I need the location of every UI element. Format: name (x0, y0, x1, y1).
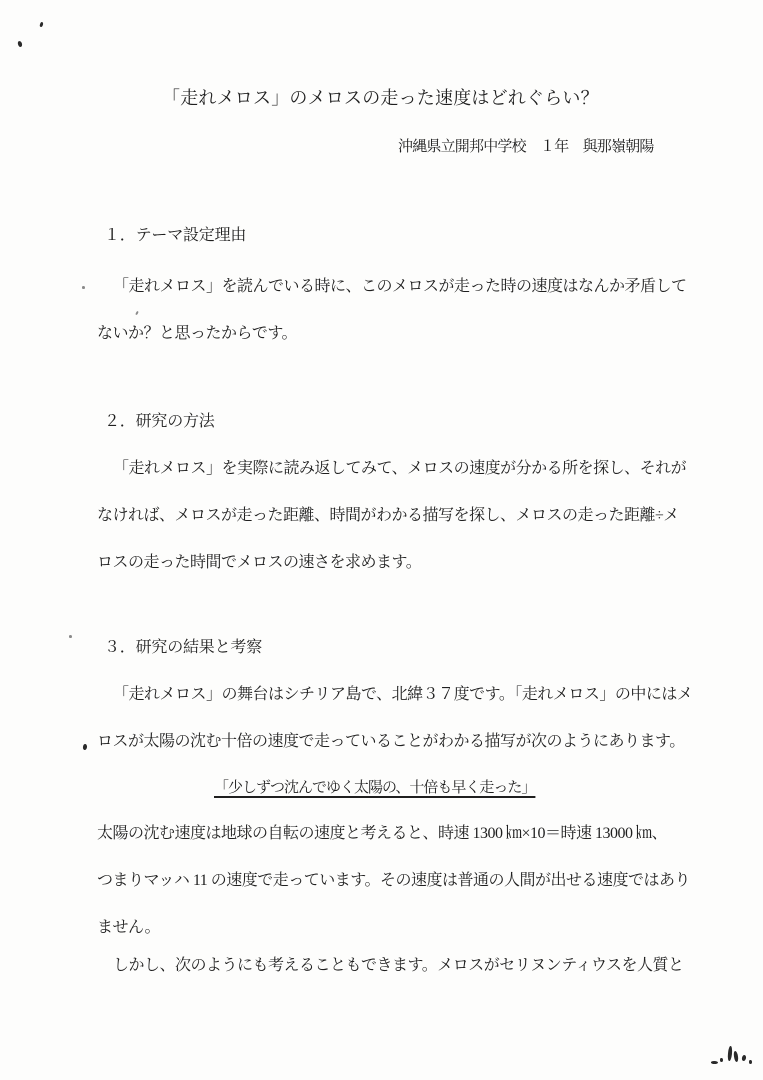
scan-speck (83, 744, 88, 751)
scan-smudge (711, 1061, 718, 1064)
scan-speck (17, 41, 22, 48)
section-3-text-line: つまりマッハ 11 の速度で走っています。その速度は普通の人間が出せる速度ではあ… (97, 871, 690, 891)
underlined-quote: 「少しずつ沈んでゆく太陽の、十倍も早く走った」 (214, 778, 535, 798)
section-2-text-line: なければ、メロスが走った距離、時間がわかる描写を探し、メロスの走った距離÷メ (97, 506, 679, 526)
scan-smudge (749, 1060, 752, 1064)
scan-speck (69, 635, 72, 638)
section-3-text-line: しかし、次のようにも考えることもできます。メロスがセリヌンティウスを人質と (113, 956, 683, 976)
section-3-text-line: ません。 (97, 918, 160, 938)
section-2-heading: ２．研究の方法 (104, 412, 215, 432)
section-2-text-line: 「走れメロス」を実際に読み返してみて、メロスの速度が分かる所を探し、それが (113, 459, 686, 479)
scan-speck (82, 286, 85, 289)
scan-smudge (727, 1046, 733, 1061)
section-3-text-line: 「走れメロス」の舞台はシチリア島で、北緯３７度です。「走れメロス」の中にはメ (113, 685, 692, 705)
scan-smudge (733, 1051, 738, 1062)
scanned-document-page: 「走れメロス」のメロスの走った速度はどれぐらい？ 沖縄県立開邦中学校 １年 與那… (0, 0, 763, 1080)
document-title: 「走れメロス」のメロスの走った速度はどれぐらい？ (162, 88, 599, 108)
section-3-heading: ３．研究の結果と考察 (104, 638, 262, 658)
section-2-text-line: ロスの走った時間でメロスの速さを求めます。 (97, 553, 421, 573)
author-byline: 沖縄県立開邦中学校 １年 與那嶺朝陽 (398, 137, 654, 157)
scan-speck (39, 22, 44, 28)
section-1-text-line: ないか？と思ったからです。 (97, 324, 297, 344)
section-3-text-line: 太陽の沈む速度は地球の自転の速度と考えると、時速 1300 ㎞×10＝時速 13… (97, 824, 667, 844)
scan-smudge (720, 1058, 723, 1062)
scan-speck (135, 311, 139, 315)
section-1-text-line: 「走れメロス」を読んでいる時に、このメロスが走った時の速度はなんか矛盾して (113, 277, 687, 297)
section-3-text-line: ロスが太陽の沈む十倍の速度で走っていることがわかる描写が次のようにあります。 (97, 732, 685, 752)
scan-smudge (741, 1055, 746, 1062)
section-1-heading: １．テーマ設定理由 (104, 226, 246, 246)
